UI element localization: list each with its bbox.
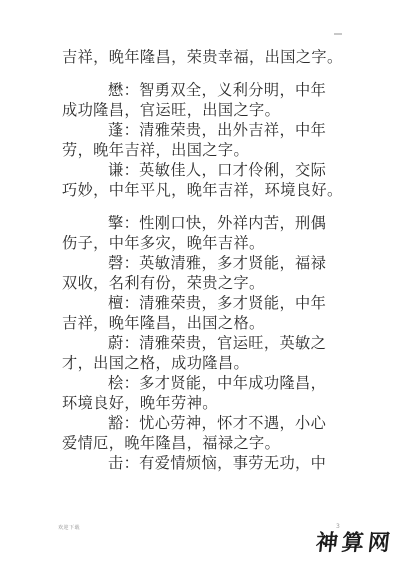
entry-continuation-line: 伤子，中年多灾，晚年吉祥。 [62, 233, 362, 253]
entry-mao: 懋：智勇双全，义利分明，中年 成功隆昌，官运旺，出国之字。 [62, 80, 362, 120]
entry-first-line: 磬：英敏清雅，多才贤能，福禄 [62, 253, 362, 273]
entry-peng: 蓬：清雅荣贵，出外吉祥，中年 劳，晚年吉祥，出国之字。 [62, 120, 362, 160]
entry-tan: 檀：清雅荣贵，多才贤能，中年 吉祥，晚年隆昌，出国之格。 [62, 293, 362, 333]
continuation-line: 吉祥，晚年隆昌，荣贵幸福，出国之字。 [62, 47, 362, 67]
footer-caption: 欢迎下载 [58, 524, 80, 531]
entry-continuation-line: 劳，晚年吉祥，出国之字。 [62, 140, 362, 160]
entry-first-line: 檀：清雅荣贵，多才贤能，中年 [62, 293, 362, 313]
header-mark [334, 33, 342, 35]
entry-continuation-line: 巧妙，中年平凡，晚年吉祥，环境良好。 [62, 180, 362, 200]
entry-first-line: 桧：多才贤能，中年成功隆昌， [62, 373, 362, 393]
entry-first-line: 击：有爱情烦恼，事劳无功，中 [62, 453, 362, 473]
entry-continuation-line: 环境良好，晚年劳神。 [62, 393, 362, 413]
entry-first-line: 豁：忧心劳神，怀才不遇，小心 [62, 413, 362, 433]
entry-qian: 谦：英敏佳人，口才伶俐，交际 巧妙，中年平凡，晚年吉祥，环境良好。 [62, 160, 362, 200]
entry-first-line: 蔚：清雅荣贵，官运旺，英敏之 [62, 333, 362, 353]
entry-first-line: 擎：性刚口快，外祥内苦，刑偶 [62, 213, 362, 233]
document-body: 吉祥，晚年隆昌，荣贵幸福，出国之字。 懋：智勇双全，义利分明，中年 成功隆昌，官… [62, 47, 362, 473]
entry-continuation-line: 成功隆昌，官运旺，出国之字。 [62, 100, 362, 120]
entry-first-line: 蓬：清雅荣贵，出外吉祥，中年 [62, 120, 362, 140]
entry-first-line: 懋：智勇双全，义利分明，中年 [62, 80, 362, 100]
entry-wei: 蔚：清雅荣贵，官运旺，英敏之 才，出国之格，成功隆昌。 [62, 333, 362, 373]
entry-continuation-line: 吉祥，晚年隆昌，出国之格。 [62, 313, 362, 333]
entry-huo: 豁：忧心劳神，怀才不遇，小心 爱情厄，晚年隆昌，福禄之字。 [62, 413, 362, 453]
entry-continuation-line: 双收，名利有份，荣贵之字。 [62, 273, 362, 293]
entry-qing: 擎：性刚口快，外祥内苦，刑偶 伤子，中年多灾，晚年吉祥。 [62, 213, 362, 253]
entry-first-line: 谦：英敏佳人，口才伶俐，交际 [62, 160, 362, 180]
entry-gui: 桧：多才贤能，中年成功隆昌， 环境良好，晚年劳神。 [62, 373, 362, 413]
entry-continuation-line: 才，出国之格，成功隆昌。 [62, 353, 362, 373]
entry-qing-chime: 磬：英敏清雅，多才贤能，福禄 双收，名利有份，荣贵之字。 [62, 253, 362, 293]
paragraph-gap [62, 200, 362, 213]
entry-continuation-line: 爱情厄，晚年隆昌，福禄之字。 [62, 433, 362, 453]
entry-ji: 击：有爱情烦恼，事劳无功，中 [62, 453, 362, 473]
document-page: 吉祥，晚年隆昌，荣贵幸福，出国之字。 懋：智勇双全，义利分明，中年 成功隆昌，官… [0, 0, 400, 566]
watermark-logo: 神算网 [314, 526, 395, 557]
paragraph-gap [62, 67, 362, 80]
